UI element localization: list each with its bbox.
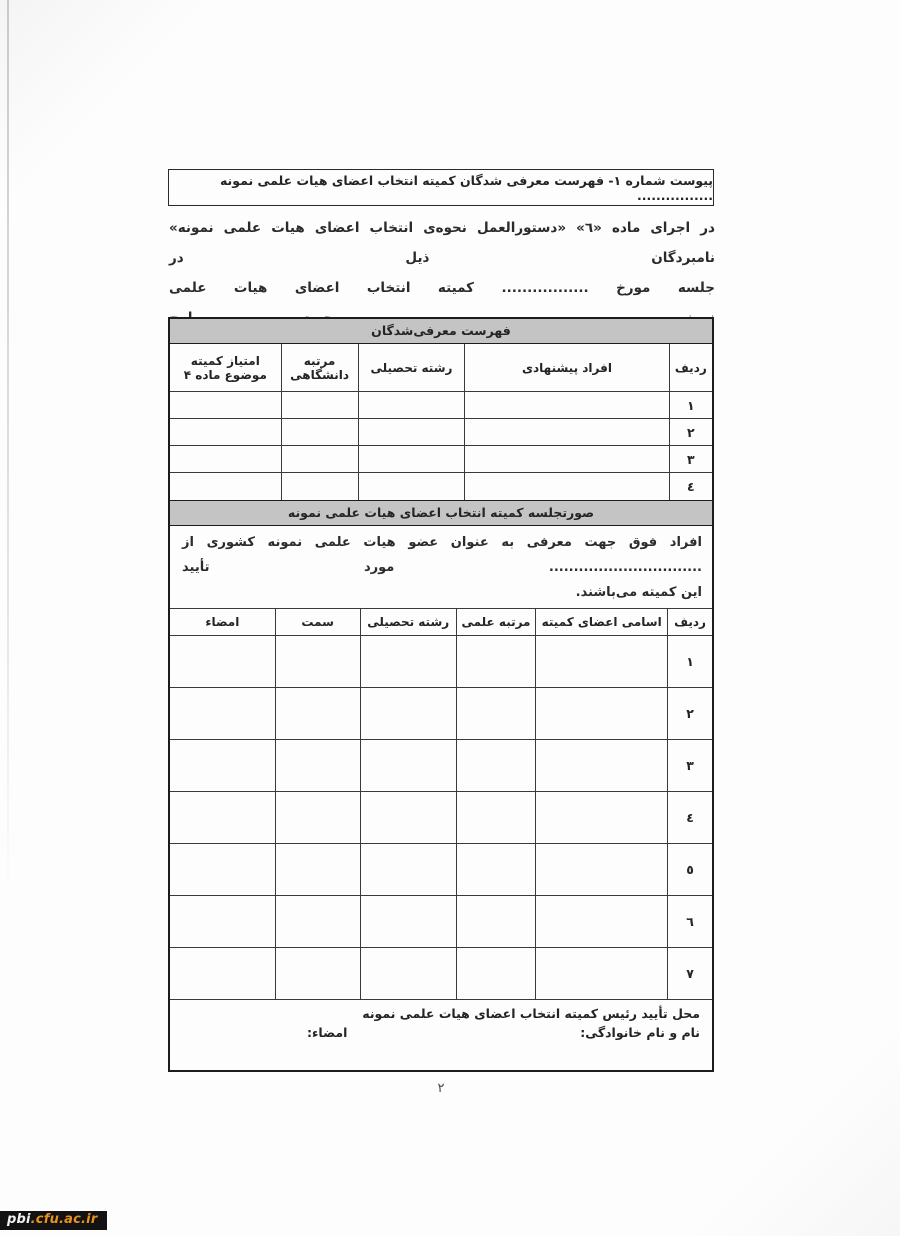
row-number-cell: ٣: [669, 446, 712, 472]
empty-cell: [358, 392, 465, 418]
table-row: ١: [170, 636, 712, 688]
empty-cell: [170, 896, 275, 947]
name-label: نام و نام خانوادگی:: [580, 1025, 700, 1040]
intro-line-1: در اجرای ماده «٦» «دستورالعمل نحوه‌ی انت…: [169, 213, 715, 273]
empty-cell: [456, 948, 536, 999]
empty-cell: [464, 419, 668, 445]
page-number: ٢: [168, 1081, 714, 1096]
row-number-cell: ٥: [667, 844, 712, 895]
row-number-cell: ٤: [667, 792, 712, 843]
empty-cell: [170, 446, 281, 472]
empty-cell: [275, 948, 360, 999]
watermark-suffix: .cfu.ac.ir: [31, 1212, 98, 1227]
table-row: ٢: [170, 419, 712, 446]
empty-cell: [456, 896, 536, 947]
empty-cell: [360, 688, 456, 739]
table-row: ٣: [170, 740, 712, 792]
empty-cell: [535, 844, 667, 895]
empty-cell: [535, 792, 667, 843]
empty-cell: [358, 473, 465, 500]
empty-cell: [275, 636, 360, 687]
committee-header-academic-rank: مرتبه علمی: [456, 609, 536, 635]
empty-cell: [535, 636, 667, 687]
empty-cell: [275, 688, 360, 739]
approval-title: محل تأیید رئیس کمیته انتخاب اعضای هیات ع…: [182, 1006, 700, 1021]
empty-cell: [170, 419, 281, 445]
empty-cell: [360, 740, 456, 791]
minutes-statement-line-1: افراد فوق جهت معرفی به عنوان عضو هیات عل…: [182, 530, 702, 580]
empty-cell: [170, 792, 275, 843]
approval-fields: نام و نام خانوادگی: امضاء:: [182, 1025, 700, 1045]
table-row: ٦: [170, 896, 712, 948]
empty-cell: [170, 948, 275, 999]
committee-header-row-number: ردیف: [667, 609, 712, 635]
table-row: ١: [170, 392, 712, 419]
signature-label: امضاء:: [307, 1025, 347, 1040]
row-number-cell: ٤: [669, 473, 712, 500]
nominees-header-committee-score: امتیاز کمیته موضوع ماده ۴: [170, 344, 281, 391]
empty-cell: [170, 844, 275, 895]
committee-header-member-names: اسامی اعضای کمیته: [535, 609, 667, 635]
empty-cell: [275, 792, 360, 843]
empty-cell: [358, 419, 465, 445]
table-row: ٤: [170, 792, 712, 844]
empty-cell: [535, 740, 667, 791]
empty-cell: [464, 473, 668, 500]
committee-header-signature: امضاء: [170, 609, 275, 635]
row-number-cell: ٢: [667, 688, 712, 739]
nominees-header-row: ردیف افراد پیشنهادی رشته تحصیلی مرتبه دا…: [170, 344, 712, 392]
empty-cell: [170, 392, 281, 418]
committee-header-field-of-study: رشته تحصیلی: [360, 609, 456, 635]
empty-cell: [456, 688, 536, 739]
empty-cell: [360, 636, 456, 687]
empty-cell: [170, 473, 281, 500]
empty-cell: [456, 844, 536, 895]
empty-cell: [535, 688, 667, 739]
empty-cell: [360, 948, 456, 999]
appendix-title-box: پیوست شماره ۱- فهرست معرفی شدگان کمیته ا…: [168, 169, 714, 206]
row-number-cell: ٦: [667, 896, 712, 947]
empty-cell: [456, 636, 536, 687]
watermark-badge: pbi.cfu.ac.ir: [0, 1211, 107, 1230]
nominees-header-field-of-study: رشته تحصیلی: [358, 344, 465, 391]
minutes-statement-line-2: این کمیته می‌باشند.: [182, 580, 702, 605]
empty-cell: [281, 446, 358, 472]
row-number-cell: ١: [667, 636, 712, 687]
appendix-title: پیوست شماره ۱- فهرست معرفی شدگان کمیته ا…: [169, 173, 713, 203]
empty-cell: [170, 636, 275, 687]
table-row: ٤: [170, 473, 712, 500]
form-table: فهرست معرفی‌شدگان ردیف افراد پیشنهادی رش…: [168, 317, 714, 1072]
empty-cell: [275, 740, 360, 791]
committee-header-row: ردیف اسامی اعضای کمیته مرتبه علمی رشته ت…: [170, 609, 712, 636]
empty-cell: [464, 446, 668, 472]
minutes-section-title: صورتجلسه کمیته انتخاب اعضای هیات علمی نم…: [170, 500, 712, 526]
row-number-cell: ١: [669, 392, 712, 418]
scanned-document-page: پیوست شماره ۱- فهرست معرفی شدگان کمیته ا…: [0, 0, 900, 1236]
scan-edge-shadow: [7, 0, 9, 900]
empty-cell: [170, 740, 275, 791]
watermark-prefix: pbi: [7, 1212, 31, 1227]
table-row: ٧: [170, 948, 712, 1000]
empty-cell: [535, 896, 667, 947]
committee-header-position: سمت: [275, 609, 360, 635]
nominees-header-proposed-individuals: افراد پیشنهادی: [464, 344, 668, 391]
empty-cell: [281, 473, 358, 500]
empty-cell: [281, 419, 358, 445]
empty-cell: [456, 740, 536, 791]
approval-footer: محل تأیید رئیس کمیته انتخاب اعضای هیات ع…: [170, 1000, 712, 1070]
empty-cell: [358, 446, 465, 472]
empty-cell: [360, 844, 456, 895]
row-number-cell: ٣: [667, 740, 712, 791]
nominees-header-university-rank: مرتبه دانشگاهی: [281, 344, 358, 391]
table-row: ٥: [170, 844, 712, 896]
minutes-statement: افراد فوق جهت معرفی به عنوان عضو هیات عل…: [170, 526, 712, 609]
empty-cell: [275, 844, 360, 895]
empty-cell: [275, 896, 360, 947]
nominees-header-row-number: ردیف: [669, 344, 712, 391]
table-row: ٣: [170, 446, 712, 473]
empty-cell: [464, 392, 668, 418]
empty-cell: [535, 948, 667, 999]
nominees-section-title: فهرست معرفی‌شدگان: [170, 319, 712, 344]
row-number-cell: ٧: [667, 948, 712, 999]
empty-cell: [360, 792, 456, 843]
empty-cell: [456, 792, 536, 843]
row-number-cell: ٢: [669, 419, 712, 445]
empty-cell: [170, 688, 275, 739]
table-row: ٢: [170, 688, 712, 740]
empty-cell: [281, 392, 358, 418]
empty-cell: [360, 896, 456, 947]
